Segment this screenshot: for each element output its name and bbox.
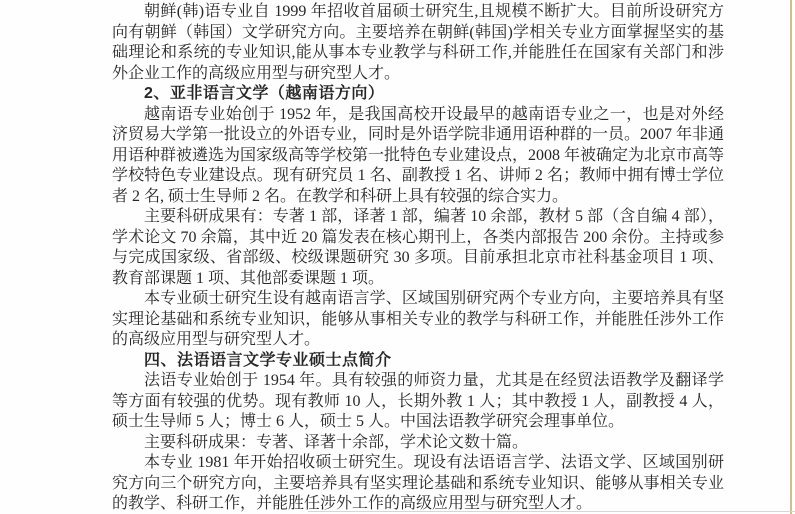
paragraph-french-history-faculty: 法语专业始创于 1954 年。具有较强的师资力量，尤其是在经贸法语教学及翻译学等… — [112, 371, 724, 433]
heading-french-language-literature-master: 四、法语语言文学专业硕士点简介 — [112, 351, 724, 372]
paragraph-vietnamese-history: 越南语专业始创于 1952 年，是我国高校开设最早的越南语专业之一，也是对外经济… — [112, 105, 724, 208]
paragraph-korean-program: 朝鲜(韩)语专业自 1999 年招收首届硕士研究生,且规模不断扩大。目前所设研究… — [112, 2, 724, 84]
paragraph-french-master-directions: 本专业 1981 年开始招收硕士研究生。现设有法语语言学、法语文学、区域国别研究… — [112, 453, 724, 514]
paragraph-vietnamese-research-achievements: 主要科研成果有：专著 1 部，译著 1 部，编著 10 余部，教材 5 部（含自… — [112, 207, 724, 289]
paragraph-vietnamese-master-directions: 本专业硕士研究生设有越南语言学、区域国别研究两个专业方向，主要培养具有坚实理论基… — [112, 289, 724, 351]
document-page: 朝鲜(韩)语专业自 1999 年招收首届硕士研究生,且规模不断扩大。目前所设研究… — [0, 0, 795, 514]
paragraph-french-research-achievements: 主要科研成果：专著、译著十余部，学术论文数十篇。 — [112, 433, 724, 454]
heading-asian-african-languages-vietnamese: 2、亚非语言文学（越南语方向） — [112, 84, 724, 105]
page-right-edge-line — [790, 0, 792, 514]
document-text-column: 朝鲜(韩)语专业自 1999 年招收首届硕士研究生,且规模不断扩大。目前所设研究… — [112, 2, 724, 514]
page-bottom-edge-line — [308, 511, 795, 512]
